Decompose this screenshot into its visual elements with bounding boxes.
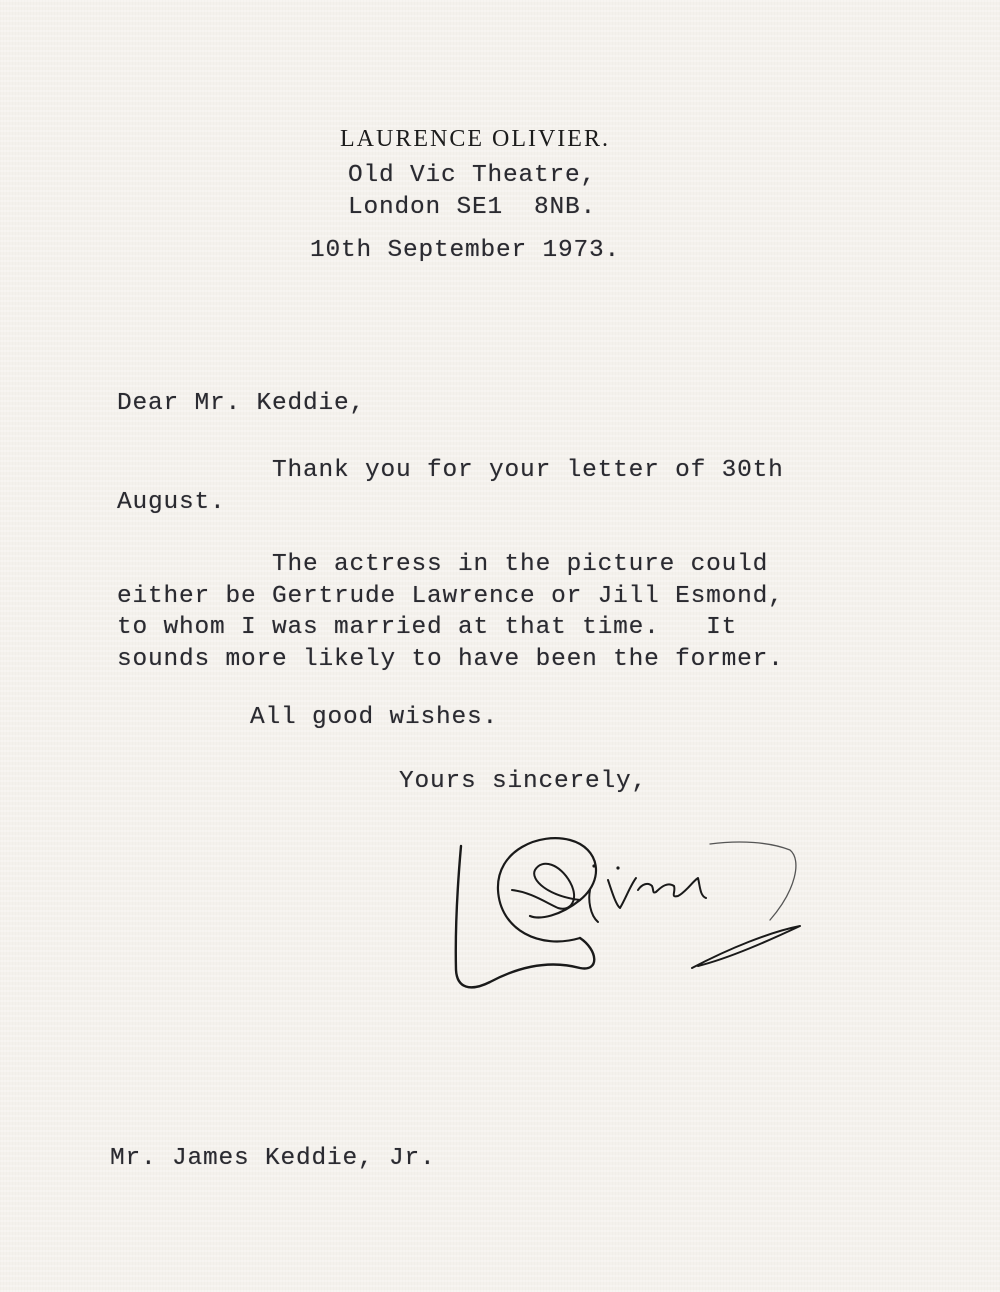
letter-page: LAURENCE OLIVIER. Old Vic Theatre, Londo…: [0, 0, 1000, 1292]
letterhead-address-line1: Old Vic Theatre,: [348, 162, 596, 189]
signature-icon: [430, 820, 830, 1010]
closing-wish: All good wishes.: [250, 704, 498, 731]
body-paragraph-1: Thank you for your letter of 30th August…: [117, 455, 784, 519]
letterhead-name: LAURENCE OLIVIER.: [340, 126, 610, 153]
letterhead-address-line2: London SE1 8NB.: [348, 194, 596, 221]
recipient-name: Mr. James Keddie, Jr.: [110, 1145, 436, 1172]
letter-date: 10th September 1973.: [310, 237, 620, 264]
valediction: Yours sincerely,: [399, 768, 647, 795]
salutation: Dear Mr. Keddie,: [117, 390, 365, 417]
body-paragraph-2: The actress in the picture could either …: [117, 549, 784, 675]
